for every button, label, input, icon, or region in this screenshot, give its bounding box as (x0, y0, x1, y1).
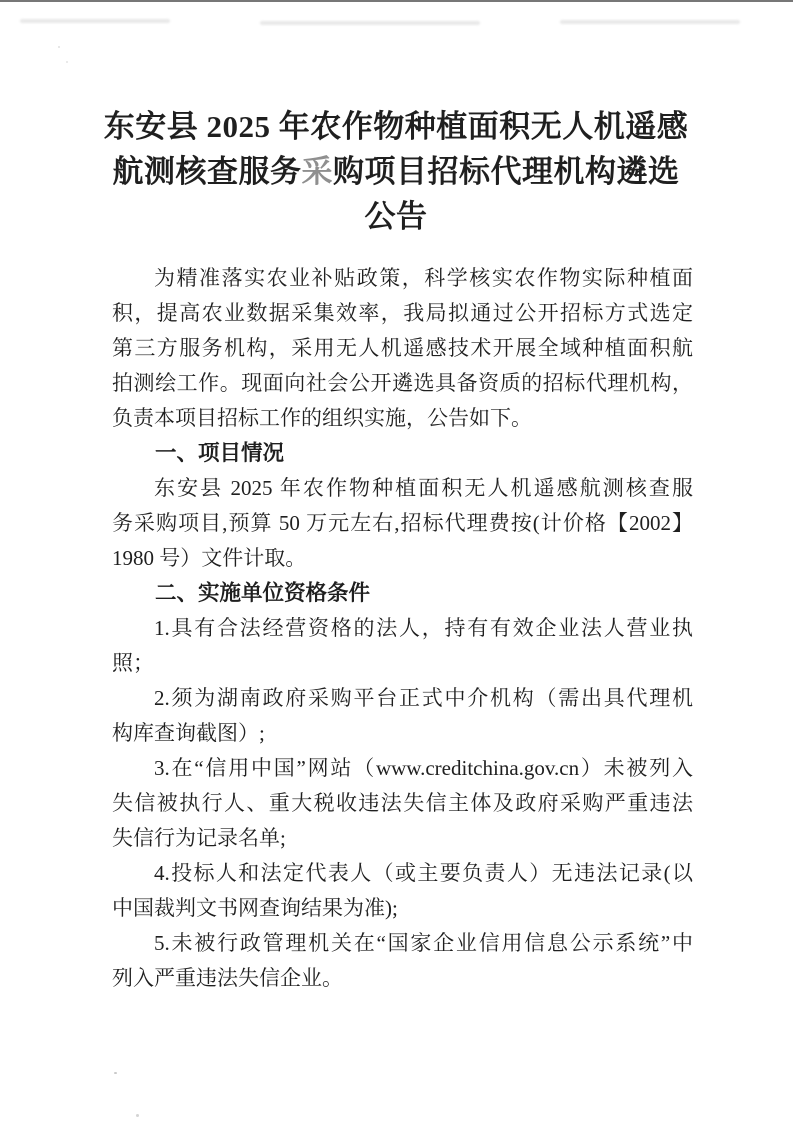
document-line: 务采购项目,预算 50 万元左右,招标代理费按(计价格【2002】 (112, 506, 693, 541)
document-line: 失信行为记录名单; (112, 821, 693, 856)
scan-speck (136, 1114, 139, 1117)
section-heading-project-info: 一、项目情况 (112, 436, 693, 471)
document-line: 2.须为湖南政府采购平台正式中介机构（需出具代理机 (112, 681, 693, 716)
document-line: 4.投标人和法定代表人（或主要负责人）无违法记录(以 (112, 856, 693, 891)
document-line: 积，提高农业数据采集效率，我局拟通过公开招标方式选定 (112, 296, 693, 331)
document-line: 第三方服务机构，采用无人机遥感技术开展全域种植面积航 (112, 331, 693, 366)
scan-top-edge-line (0, 0, 793, 2)
document-line: 为精准落实农业补贴政策，科学核实农作物实际种植面 (112, 261, 693, 296)
document-line: 列入严重违法失信企业。 (112, 961, 693, 996)
title-line-3: 公告 (96, 194, 696, 239)
document-line: 1.具有合法经营资格的法人，持有有效企业法人营业执 (112, 611, 693, 646)
document-line: 负责本项目招标工作的组织实施，公告如下。 (112, 401, 693, 436)
scan-smudge (560, 20, 740, 24)
scan-speck (66, 61, 68, 63)
document-line: 3.在“信用中国”网站（www.creditchina.gov.cn）未被列入 (112, 751, 693, 786)
title-line-2: 航测核查服务采购项目招标代理机构遴选 (96, 149, 696, 194)
document-line: 构库查询截图）; (112, 716, 693, 751)
document-line: 1980 号）文件计取。 (112, 541, 693, 576)
document-line: 失信被执行人、重大税收违法失信主体及政府采购严重违法 (112, 786, 693, 821)
title-line2-pre: 航测核查服务 (113, 154, 302, 189)
document-line: 照； (112, 646, 693, 681)
document-line: 5.未被行政管理机关在“国家企业信用信息公示系统”中 (112, 926, 693, 961)
section-heading-qualification: 二、实施单位资格条件 (112, 576, 693, 611)
scan-smudge (20, 19, 170, 23)
title-line2-post: 购项目招标代理机构遴选 (333, 154, 680, 189)
scan-speck (58, 46, 60, 48)
scan-smudge (260, 21, 480, 25)
document-title: 东安县 2025 年农作物种植面积无人机遥感 航测核查服务采购项目招标代理机构遴… (96, 104, 696, 239)
scan-speck (114, 1072, 117, 1074)
document-body: 为精准落实农业补贴政策，科学核实农作物实际种植面 积，提高农业数据采集效率，我局… (112, 261, 693, 996)
document-line: 中国裁判文书网查询结果为准); (112, 891, 693, 926)
scanned-document-page: 东安县 2025 年农作物种植面积无人机遥感 航测核查服务采购项目招标代理机构遴… (0, 0, 793, 1122)
document-line: 拍测绘工作。现面向社会公开遴选具备资质的招标代理机构， (112, 366, 693, 401)
title-faded-char: 采 (302, 154, 334, 189)
document-line: 东安县 2025 年农作物种植面积无人机遥感航测核查服 (112, 471, 693, 506)
title-line-1: 东安县 2025 年农作物种植面积无人机遥感 (96, 104, 696, 149)
